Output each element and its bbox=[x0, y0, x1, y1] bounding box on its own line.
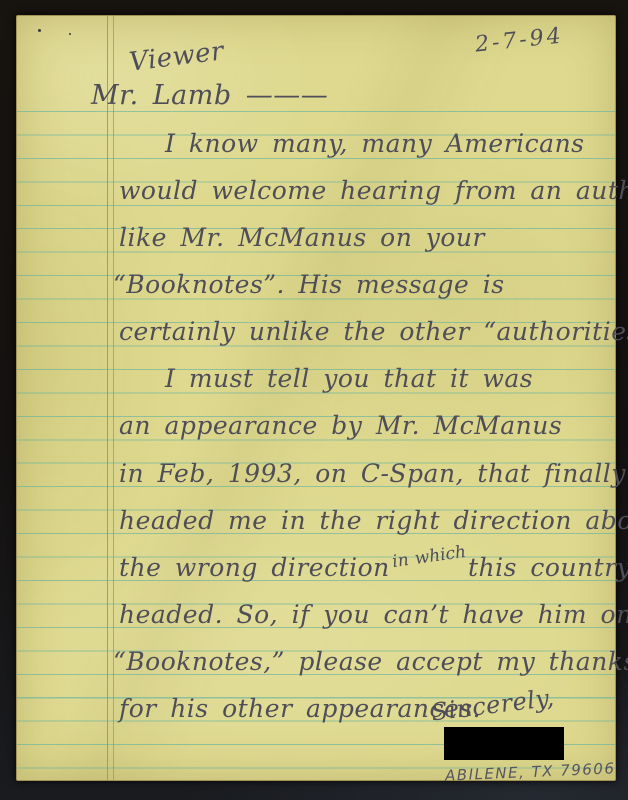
letter-line: certainly unlike the other “authorities”… bbox=[119, 315, 628, 349]
insertion-after: this country is bbox=[468, 553, 628, 582]
ink-speck bbox=[38, 29, 41, 32]
letter-line: “Booknotes,” please accept my thanks bbox=[113, 645, 628, 679]
date: 2-7-94 bbox=[473, 19, 565, 62]
letter-line: an appearance by Mr. McManus bbox=[119, 409, 562, 443]
letter-paper: 2-7-94 Viewer Mr. Lamb ——— I know many, … bbox=[16, 15, 616, 781]
letter-line-with-insertion: the wrong directionin whichthis country … bbox=[119, 551, 628, 588]
signature-redaction-box bbox=[444, 727, 564, 760]
viewer-annotation: Viewer bbox=[127, 34, 226, 79]
letter-line: I must tell you that it was bbox=[165, 362, 533, 396]
letter-line: for his other appearances. bbox=[119, 692, 481, 726]
letter-line: “Booknotes”. His message is bbox=[113, 268, 505, 302]
letter-line: would welcome hearing from an author bbox=[119, 174, 628, 208]
salutation: Mr. Lamb ——— bbox=[91, 79, 328, 113]
scan-background: 2-7-94 Viewer Mr. Lamb ——— I know many, … bbox=[0, 0, 628, 800]
ink-speck bbox=[69, 33, 71, 35]
letter-line: I know many, many Americans bbox=[165, 127, 585, 161]
letter-line: headed me in the right direction about bbox=[119, 504, 628, 538]
letter-line: in Feb, 1993, on C-Span, that finally bbox=[119, 457, 626, 491]
letter-line: like Mr. McManus on your bbox=[119, 221, 485, 255]
insertion-before: the wrong direction bbox=[119, 553, 390, 582]
letter-line: headed. So, if you can’t have him on bbox=[119, 598, 628, 632]
